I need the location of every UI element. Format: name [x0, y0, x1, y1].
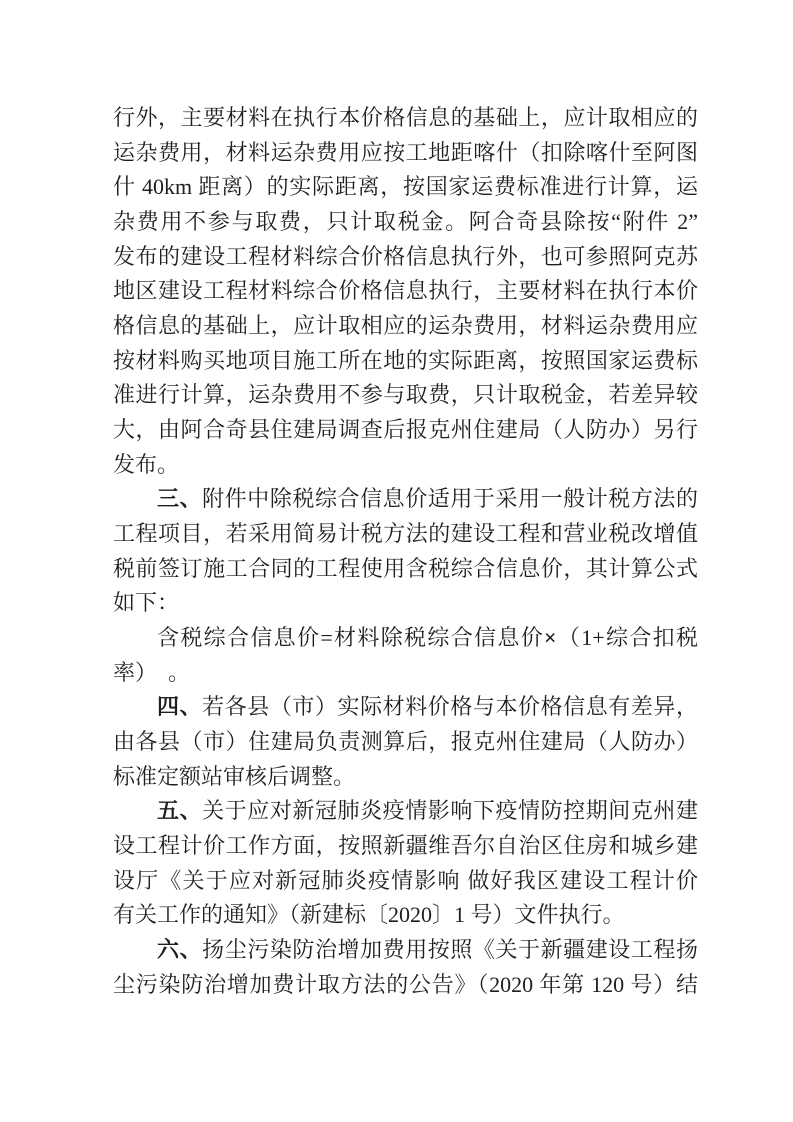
text-line: 准进行计算，运杂费用不参与取费，只计取税金，若差异较 — [113, 378, 698, 413]
text-line: 设工程计价工作方面，按照新疆维吾尔自治区住房和城乡建 — [113, 829, 698, 864]
body-text: 扬尘污染防治增加费用按照《关于新疆建设工程扬 — [202, 937, 698, 962]
body-text: 有关工作的通知》（新建标〔2020〕1 号）文件执行。 — [113, 902, 625, 927]
section-number-bold-text: × — [544, 625, 557, 650]
body-text: 设工程计价工作方面，按照新疆维吾尔自治区住房和城乡建 — [113, 833, 698, 858]
body-text: 按材料购买地项目施工所在地的实际距离，按照国家运费标 — [113, 348, 698, 373]
section-number-bold-text: 四、 — [157, 694, 202, 719]
text-line: 按材料购买地项目施工所在地的实际距离，按照国家运费标 — [113, 344, 698, 379]
text-line: 工程项目，若采用简易计税方法的建设工程和营业税改增值 — [113, 517, 698, 552]
text-line: 六、扬尘污染防治增加费用按照《关于新疆建设工程扬 — [113, 933, 698, 968]
body-text: 由各县（市）住建局负责测算后，报克州住建局（人防办） — [113, 729, 698, 754]
body-text: 发布。 — [113, 452, 179, 477]
text-line: 发布的建设工程材料综合价格信息执行外，也可参照阿克苏 — [113, 240, 698, 275]
body-text: 格信息的基础上，应计取相应的运杂费用，材料运杂费用应 — [113, 313, 698, 338]
text-line: 发布。 — [113, 448, 698, 483]
text-line: 率） 。 — [113, 656, 698, 691]
body-text: 杂费用不参与取费，只计取税金。阿合奇县除按“附件 2” — [113, 209, 698, 234]
section-number-bold-text: 六、 — [157, 937, 202, 962]
body-text: 率） 。 — [113, 660, 190, 685]
body-text: 发布的建设工程材料综合价格信息执行外，也可参照阿克苏 — [113, 244, 698, 269]
text-line: 如下： — [113, 586, 698, 621]
body-text: 若各县（市）实际材料价格与本价格信息有差异， — [202, 694, 698, 719]
text-line: 行外，主要材料在执行本价格信息的基础上，应计取相应的 — [113, 101, 698, 136]
body-text: 标准定额站审核后调整。 — [113, 764, 355, 789]
body-text: 关于应对新冠肺炎疫情影响下疫情防控期间克州建 — [202, 798, 698, 823]
body-text: 什 40km 距离）的实际距离，按国家运费标准进行计算，运 — [113, 174, 698, 199]
text-line: 标准定额站审核后调整。 — [113, 760, 698, 795]
body-text: 含税综合信息价=材料除税综合信息价 — [157, 625, 544, 650]
document-text-block: 行外，主要材料在执行本价格信息的基础上，应计取相应的运杂费用，材料运杂费用应按工… — [113, 101, 698, 1002]
body-text: 工程项目，若采用简易计税方法的建设工程和营业税改增值 — [113, 521, 698, 546]
text-line: 有关工作的通知》（新建标〔2020〕1 号）文件执行。 — [113, 898, 698, 933]
body-text: 如下： — [113, 590, 179, 615]
text-line: 格信息的基础上，应计取相应的运杂费用，材料运杂费用应 — [113, 309, 698, 344]
text-line: 尘污染防治增加费计取方法的公告》（2020 年第 120 号）结 — [113, 968, 698, 1003]
body-text: 税前签订施工合同的工程使用含税综合信息价，其计算公式 — [113, 556, 698, 581]
text-line: 四、若各县（市）实际材料价格与本价格信息有差异， — [113, 690, 698, 725]
body-text: （1+综合扣税 — [557, 625, 698, 650]
body-text: 尘污染防治增加费计取方法的公告》（2020 年第 120 号）结 — [113, 972, 698, 997]
body-text: 运杂费用，材料运杂费用应按工地距喀什（扣除喀什至阿图 — [113, 140, 698, 165]
section-number-bold-text: 三、 — [157, 486, 202, 511]
body-text: 行外，主要材料在执行本价格信息的基础上，应计取相应的 — [113, 105, 698, 130]
section-number-bold-text: 五、 — [157, 798, 202, 823]
text-line: 由各县（市）住建局负责测算后，报克州住建局（人防办） — [113, 725, 698, 760]
text-line: 税前签订施工合同的工程使用含税综合信息价，其计算公式 — [113, 552, 698, 587]
text-line: 杂费用不参与取费，只计取税金。阿合奇县除按“附件 2” — [113, 205, 698, 240]
text-line: 含税综合信息价=材料除税综合信息价×（1+综合扣税 — [113, 621, 698, 656]
text-line: 地区建设工程材料综合价格信息执行，主要材料在执行本价 — [113, 274, 698, 309]
text-line: 三、附件中除税综合信息价适用于采用一般计税方法的 — [113, 482, 698, 517]
text-line: 设厅《关于应对新冠肺炎疫情影响 做好我区建设工程计价 — [113, 864, 698, 899]
body-text: 附件中除税综合信息价适用于采用一般计税方法的 — [202, 486, 698, 511]
body-text: 大，由阿合奇县住建局调查后报克州住建局（人防办）另行 — [113, 417, 698, 442]
body-text: 设厅《关于应对新冠肺炎疫情影响 做好我区建设工程计价 — [113, 868, 698, 893]
text-line: 什 40km 距离）的实际距离，按国家运费标准进行计算，运 — [113, 170, 698, 205]
text-line: 五、关于应对新冠肺炎疫情影响下疫情防控期间克州建 — [113, 794, 698, 829]
body-text: 地区建设工程材料综合价格信息执行，主要材料在执行本价 — [113, 278, 698, 303]
text-line: 运杂费用，材料运杂费用应按工地距喀什（扣除喀什至阿图 — [113, 136, 698, 171]
body-text: 准进行计算，运杂费用不参与取费，只计取税金，若差异较 — [113, 382, 698, 407]
text-line: 大，由阿合奇县住建局调查后报克州住建局（人防办）另行 — [113, 413, 698, 448]
document-page: 行外，主要材料在执行本价格信息的基础上，应计取相应的运杂费用，材料运杂费用应按工… — [0, 0, 793, 1122]
